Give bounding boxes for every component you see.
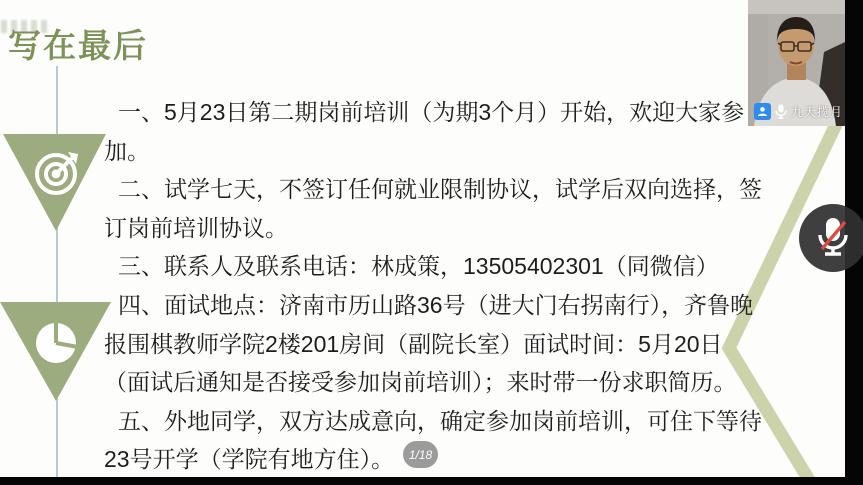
presentation-slide: 写在最后 一、5月23日第二期岗前 — [0, 0, 845, 477]
mute-button[interactable] — [799, 204, 863, 272]
slide-item-4: 四、面试地点：济南市历山路36号（进大门右拐南行），齐鲁晚报围棋教师学院2楼20… — [104, 286, 763, 402]
participant-video-tile[interactable]: 九天揽月 — [748, 0, 845, 126]
microphone-muted-icon — [814, 216, 852, 260]
slide-title: 写在最后 — [8, 20, 148, 67]
participant-name: 九天揽月 — [791, 103, 843, 120]
triangle-decoration-top — [2, 134, 107, 232]
microphone-icon — [775, 104, 787, 119]
slide-body: 一、5月23日第二期岗前培训（为期3个月）开始，欢迎大家参加。 二、试学七天，不… — [104, 93, 763, 479]
triangle-decoration-bottom — [0, 302, 112, 402]
page-indicator-label: 1/18 — [409, 448, 432, 462]
page-indicator: 1/18 — [403, 441, 438, 468]
avatar — [754, 103, 771, 120]
slide-item-1: 一、5月23日第二期岗前培训（为期3个月）开始，欢迎大家参加。 — [104, 93, 763, 170]
slide-item-2: 二、试学七天，不签订任何就业限制协议，试学后双向选择，签订岗前培训协议。 — [104, 170, 763, 247]
participant-name-row: 九天揽月 — [754, 102, 843, 120]
person-icon — [757, 106, 768, 117]
letterbox-bottom — [0, 477, 863, 485]
vertical-guide-line — [56, 66, 58, 477]
meeting-screen: 写在最后 一、5月23日第二期岗前 — [0, 0, 863, 485]
slide-item-3: 三、联系人及联系电话：林成策，13505402301（同微信） — [104, 247, 763, 286]
slide-item-5: 五、外地同学，双方达成意向，确定参加岗前培训，可住下等待23号开学（学院有地方住… — [104, 402, 763, 479]
